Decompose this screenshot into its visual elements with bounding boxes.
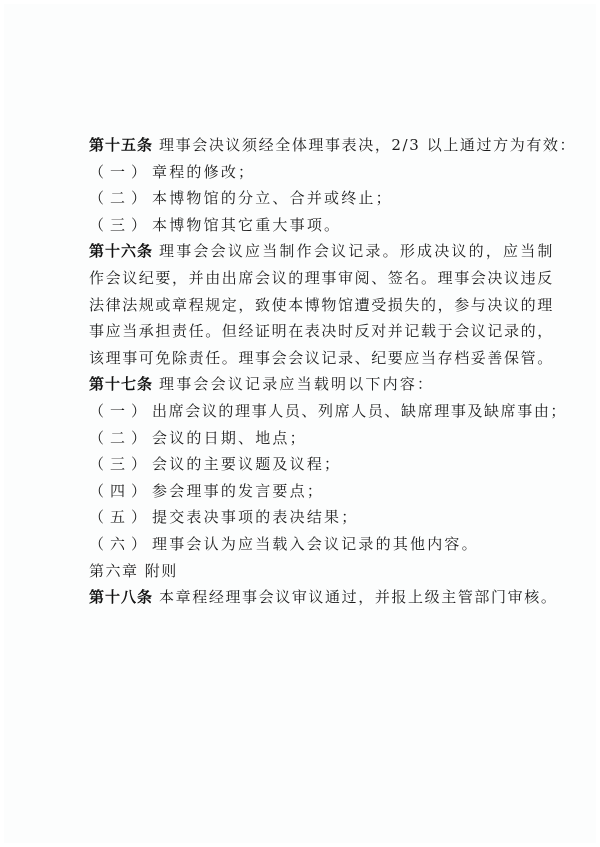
item-number: （三）: [89, 455, 152, 473]
item-number: （二）: [89, 429, 152, 447]
article-17-item-3: （三）会议的主要议题及议程；: [89, 451, 529, 478]
article-15-item-2: （二）本博物馆的分立、合并或终止；: [89, 185, 529, 212]
article-text: 理事会决议须经全体理事表决，2/3 以上通过方为有效：: [159, 136, 576, 154]
item-number: （六）: [89, 535, 152, 553]
article-16-line-2: 作会议纪要，并由出席会议的理事审阅、签名。理事会决议违反: [89, 265, 529, 292]
item-text: 会议的日期、地点；: [152, 429, 307, 447]
article-16-line-5: 该理事可免除责任。理事会会议记录、纪要应当存档妥善保管。: [89, 345, 529, 372]
item-text: 本博物馆其它重大事项。: [152, 216, 341, 234]
item-text: 参会理事的发言要点；: [152, 482, 324, 500]
document-page: 第十五条理事会决议须经全体理事表决，2/3 以上通过方为有效： （一）章程的修改…: [4, 4, 596, 843]
item-number: （一）: [89, 402, 152, 420]
article-17-heading: 第十七条理事会会议记录应当载明以下内容：: [89, 371, 529, 398]
article-16-line-1: 第十六条理事会会议应当制作会议记录。形成决议的，应当制: [89, 238, 529, 265]
article-text: 理事会会议应当制作会议记录。形成决议的，应当制: [159, 242, 555, 260]
article-text: 理事会会议记录应当载明以下内容：: [159, 375, 434, 393]
article-17-item-4: （四）参会理事的发言要点；: [89, 478, 529, 505]
item-number: （二）: [89, 189, 152, 207]
article-18: 第十八条本章程经理事会议审议通过，并报上级主管部门审核。: [89, 584, 529, 611]
item-number: （五）: [89, 508, 152, 526]
chapter-label: 第六章: [89, 562, 139, 580]
article-label: 第十七条: [89, 375, 153, 393]
item-number: （三）: [89, 216, 152, 234]
article-16-line-4: 事应当承担责任。但经证明在表决时反对并记载于会议记录的，: [89, 318, 529, 345]
article-label: 第十八条: [89, 588, 153, 606]
article-17-item-1: （一）出席会议的理事人员、列席人员、缺席理事及缺席事由；: [89, 398, 529, 425]
item-text: 理事会认为应当载入会议记录的其他内容。: [152, 535, 479, 553]
item-text: 提交表决事项的表决结果；: [152, 508, 358, 526]
article-17-item-2: （二）会议的日期、地点；: [89, 425, 529, 452]
item-text: 出席会议的理事人员、列席人员、缺席理事及缺席事由；: [152, 402, 567, 420]
chapter-heading: 第六章 附则: [89, 558, 529, 585]
item-number: （一）: [89, 163, 152, 181]
article-17-item-6: （六）理事会认为应当载入会议记录的其他内容。: [89, 531, 529, 558]
article-15-item-3: （三）本博物馆其它重大事项。: [89, 212, 529, 239]
item-text: 章程的修改；: [152, 163, 255, 181]
item-number: （四）: [89, 482, 152, 500]
item-text: 会议的主要议题及议程；: [152, 455, 341, 473]
document-body: 第十五条理事会决议须经全体理事表决，2/3 以上通过方为有效： （一）章程的修改…: [89, 132, 529, 611]
article-16-line-3: 法律法规或章程规定，致使本博物馆遭受损失的，参与决议的理: [89, 292, 529, 319]
item-text: 本博物馆的分立、合并或终止；: [152, 189, 393, 207]
article-15-heading: 第十五条理事会决议须经全体理事表决，2/3 以上通过方为有效：: [89, 132, 529, 159]
article-17-item-5: （五）提交表决事项的表决结果；: [89, 504, 529, 531]
article-text: 本章程经理事会议审议通过，并报上级主管部门审核。: [159, 588, 557, 606]
article-15-item-1: （一）章程的修改；: [89, 159, 529, 186]
article-label: 第十五条: [89, 136, 153, 154]
chapter-title: 附则: [145, 562, 178, 580]
article-label: 第十六条: [89, 242, 153, 260]
